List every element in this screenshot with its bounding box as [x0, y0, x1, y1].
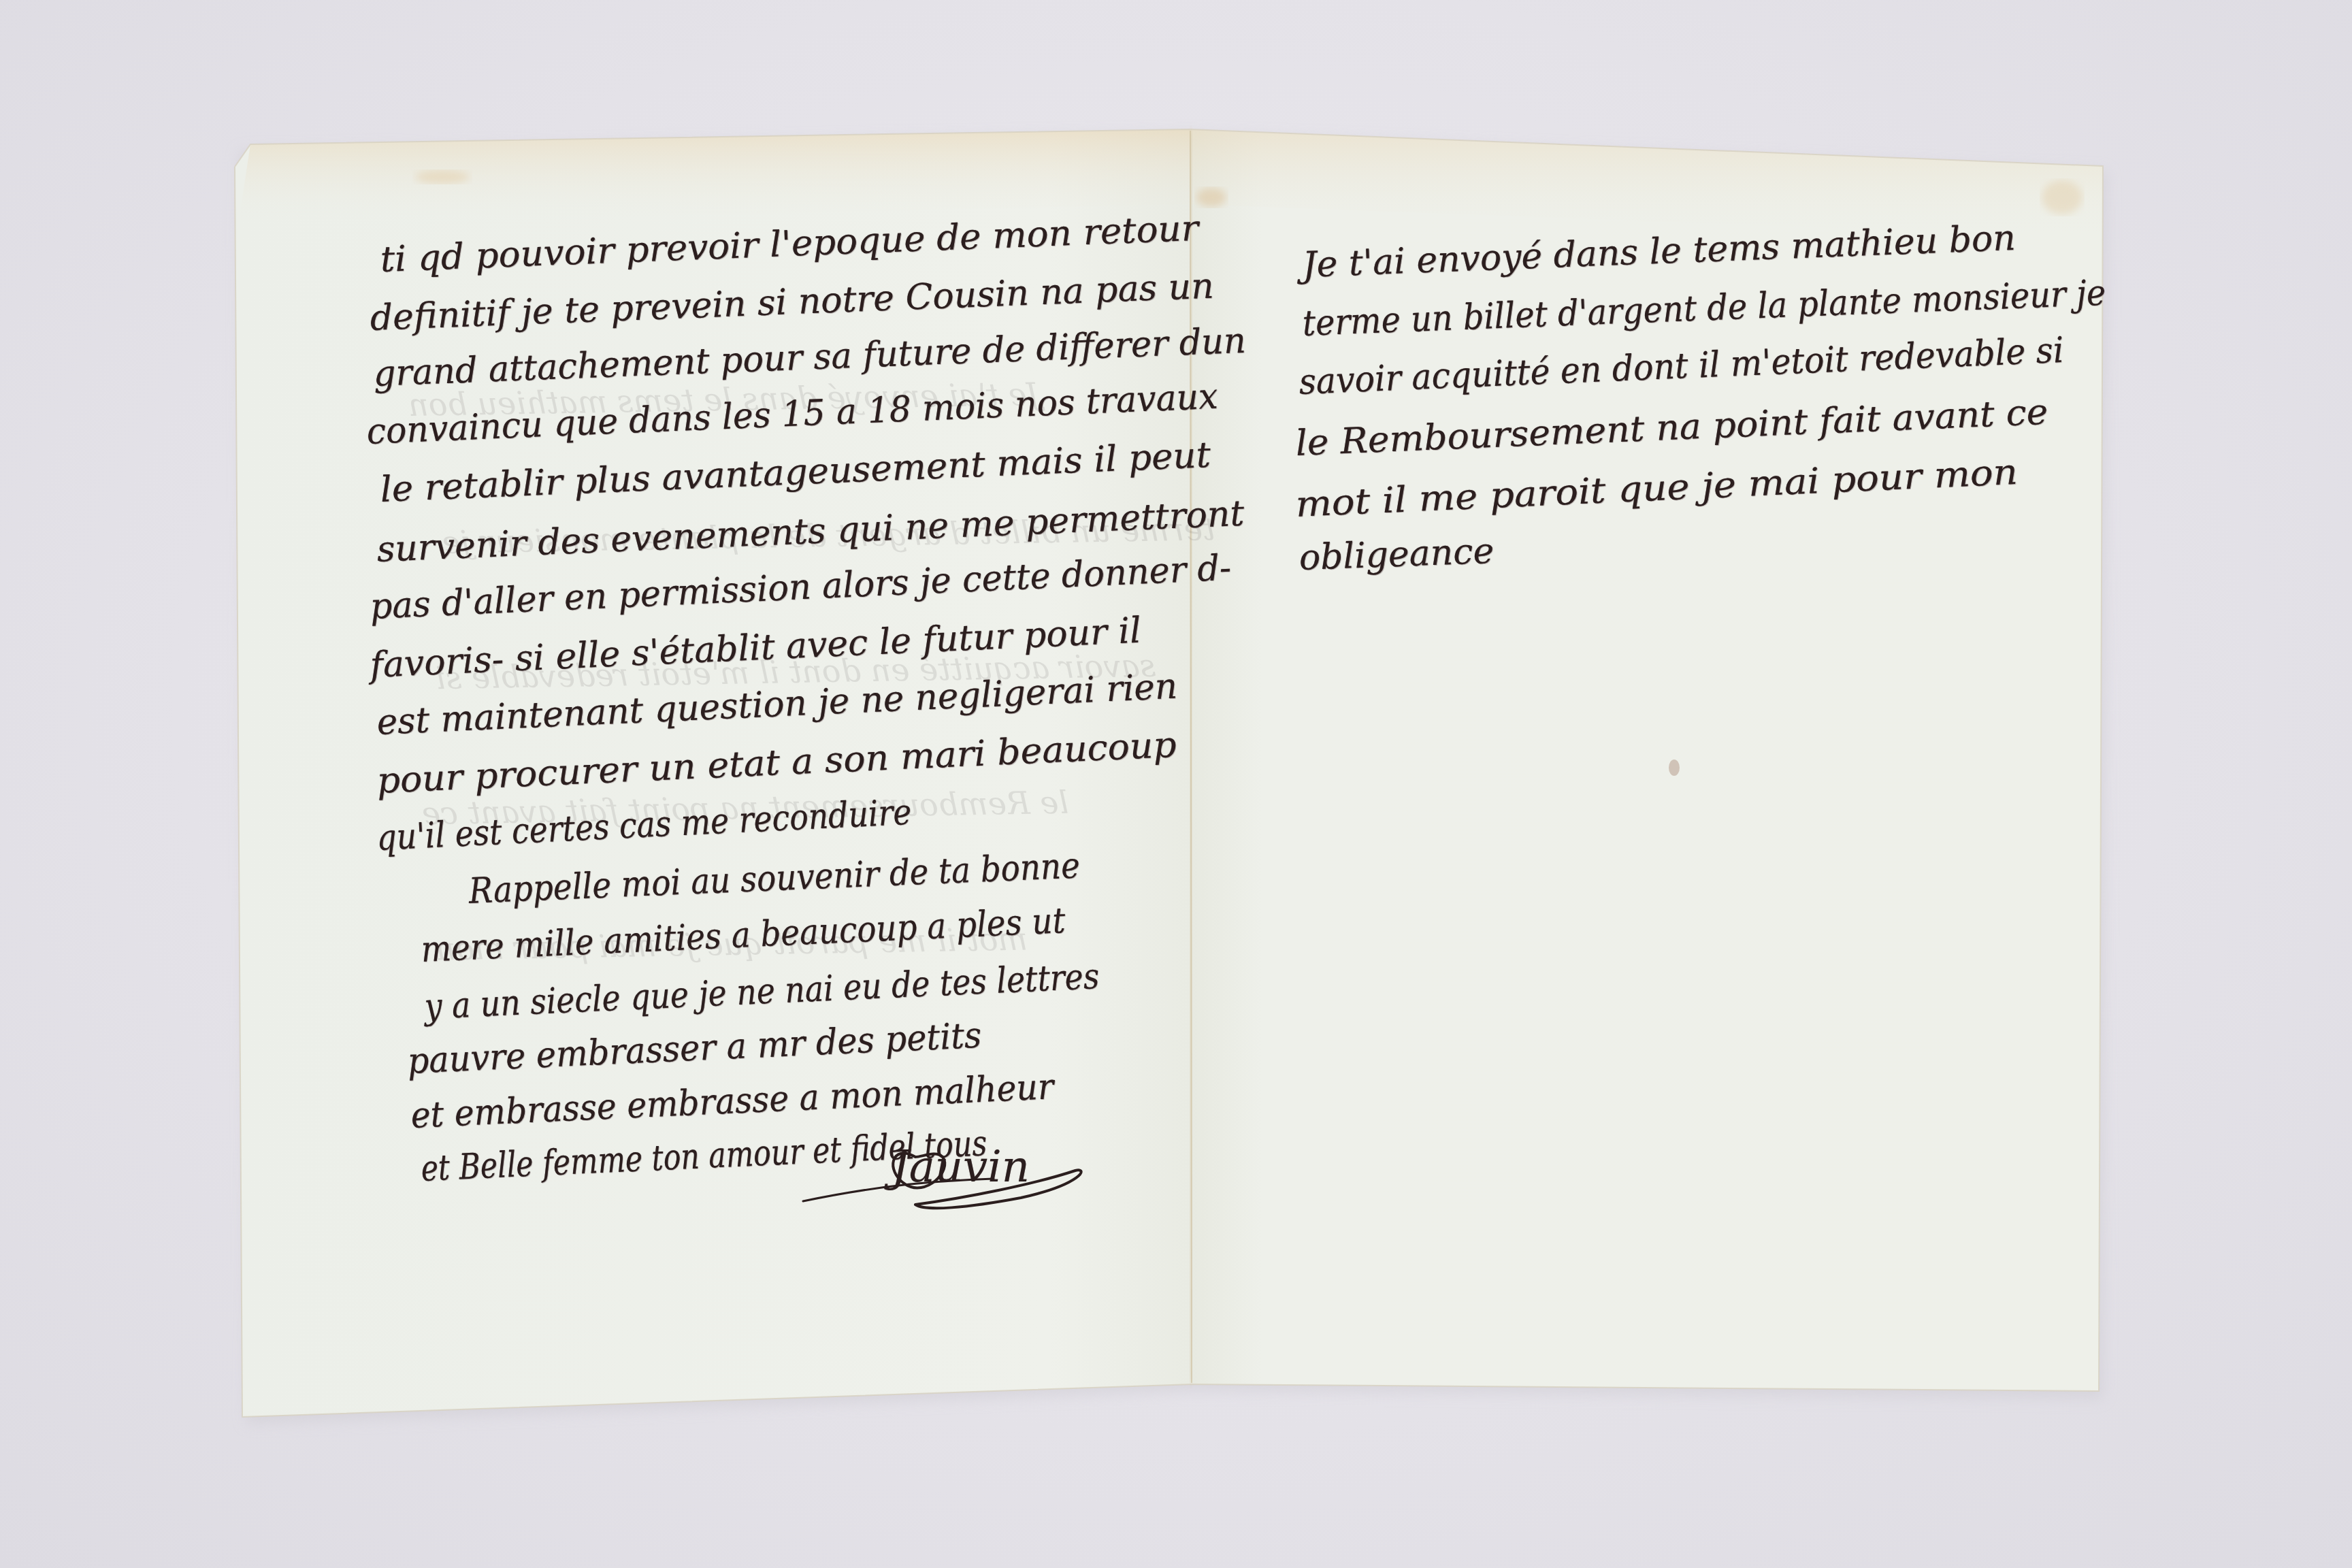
foxing-spot — [1196, 188, 1226, 207]
foxing-spot — [415, 170, 470, 184]
foxing-spot — [2042, 180, 2082, 214]
ink-spot — [1669, 759, 1680, 776]
signature: Jauvin — [892, 1142, 1030, 1192]
letter-line: obligeance — [1298, 531, 1494, 578]
